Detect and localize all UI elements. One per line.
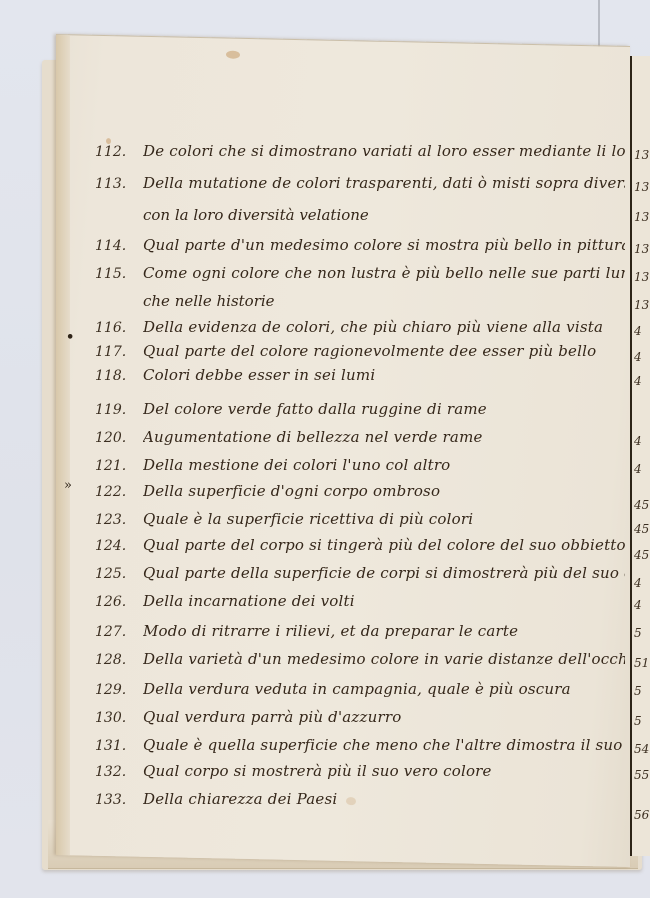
index-entry: 117. Qual parte del colore ragionevolmen… <box>95 342 625 368</box>
margin-dot-mark: • <box>66 330 74 345</box>
entry-number: 126. <box>95 594 143 610</box>
entry-text: Qual parte del corpo si tingerà più del … <box>143 536 625 554</box>
entry-number: 114. <box>95 238 143 254</box>
page-reference: 13 <box>634 148 649 162</box>
page-reference: 4 <box>634 434 642 448</box>
page-reference: 5 <box>634 626 642 640</box>
entry-text: Del colore verde fatto dalla ruggine di … <box>143 400 487 418</box>
entry-text: Quale è quella superficie che meno che l… <box>143 736 625 754</box>
entry-number: 133. <box>95 792 143 808</box>
index-entry: 118. Colori debbe esser in sei lumi <box>95 366 625 392</box>
entry-text: Qual corpo si mostrerà più il suo vero c… <box>143 762 492 780</box>
entry-number: 120. <box>95 430 143 446</box>
entry-number: 130. <box>95 710 143 726</box>
entry-text: Modo di ritrarre i rilievi, et da prepar… <box>143 622 518 640</box>
entry-text: Quale è la superficie ricettiva di più c… <box>143 510 473 528</box>
entry-text: Qual verdura parrà più d'azzurro <box>143 708 401 726</box>
entry-number: 124. <box>95 538 143 554</box>
entry-number: 122. <box>95 484 143 500</box>
index-entry: 132. Qual corpo si mostrerà più il suo v… <box>95 762 625 788</box>
margin-chevron-mark: » <box>64 478 72 493</box>
entry-text: Della varietà d'un medesimo colore in va… <box>143 650 625 668</box>
index-entry: 119. Del colore verde fatto dalla ruggin… <box>95 400 625 426</box>
entry-text: Della evidenza de colori, che più chiaro… <box>143 318 603 336</box>
page-reference: 13 <box>634 298 649 312</box>
entry-text: Augumentatione di bellezza nel verde ram… <box>143 428 483 446</box>
page-reference: 51 <box>634 656 649 670</box>
index-entry: 113. Della mutatione de colori trasparen… <box>95 174 625 200</box>
entry-text: Qual parte della superficie de corpi si … <box>143 564 625 582</box>
entry-text: Della verdura veduta in campagnia, quale… <box>143 680 571 698</box>
index-entry: 122. Della superficie d'ogni corpo ombro… <box>95 482 625 508</box>
entry-number: 118. <box>95 368 143 384</box>
index-entry: 126. Della incarnatione dei volti <box>95 592 625 618</box>
entry-number: 121. <box>95 458 143 474</box>
entry-continuation: con la loro diversità velatione <box>143 206 369 230</box>
page-reference: 13 <box>634 270 649 284</box>
entry-number: 119. <box>95 402 143 418</box>
index-entry: 130. Qual verdura parrà più d'azzurro <box>95 708 625 734</box>
entry-text: Colori debbe esser in sei lumi <box>143 366 375 384</box>
page-reference: 45 <box>634 498 649 512</box>
index-entry: 120. Augumentatione di bellezza nel verd… <box>95 428 625 454</box>
page-reference: 4 <box>634 462 642 476</box>
index-entry: 121. Della mestione dei colori l'uno col… <box>95 456 625 482</box>
entry-text: De colori che si dimostrano variati al l… <box>143 142 625 160</box>
entry-number: 112. <box>95 144 143 160</box>
entry-number: 125. <box>95 566 143 582</box>
page-reference: 4 <box>634 324 642 338</box>
entry-number: 127. <box>95 624 143 640</box>
index-entry: 124. Qual parte del corpo si tingerà più… <box>95 536 625 562</box>
page-reference: 45 <box>634 548 649 562</box>
index-entry: 129. Della verdura veduta in campagnia, … <box>95 680 625 706</box>
entry-continuation: che nelle historie <box>143 292 275 316</box>
page-reference: 54 <box>634 742 649 756</box>
entry-text: Qual parte del colore ragionevolmente de… <box>143 342 596 360</box>
entry-number: 117. <box>95 344 143 360</box>
index-entry: 127. Modo di ritrarre i rilievi, et da p… <box>95 622 625 648</box>
entry-text: Come ogni colore che non lustra è più be… <box>143 264 625 282</box>
page-reference: 45 <box>634 522 649 536</box>
index-entry: 114. Qual parte d'un medesimo colore si … <box>95 236 625 262</box>
page-reference: 5 <box>634 684 642 698</box>
entry-text: Della mestione dei colori l'uno col altr… <box>143 456 450 474</box>
entry-number: 116. <box>95 320 143 336</box>
page-reference: 13 <box>634 180 649 194</box>
entry-text: Della superficie d'ogni corpo ombroso <box>143 482 440 500</box>
page-reference: 4 <box>634 598 642 612</box>
index-entry: 123. Quale è la superficie ricettiva di … <box>95 510 625 536</box>
index-entry: 116. Della evidenza de colori, che più c… <box>95 318 625 344</box>
entry-text: Della chiarezza dei Paesi <box>143 790 337 808</box>
page-reference: 4 <box>634 350 642 364</box>
entry-number: 131. <box>95 738 143 754</box>
entry-text: Qual parte d'un medesimo colore si mostr… <box>143 236 625 254</box>
entry-number: 132. <box>95 764 143 780</box>
index-entry: 112. De colori che si dimostrano variati… <box>95 142 625 168</box>
entry-text: Della mutatione de colori trasparenti, d… <box>143 174 625 192</box>
page-reference: 4 <box>634 374 642 388</box>
page-reference: 13 <box>634 242 649 256</box>
entry-number: 113. <box>95 176 143 192</box>
entry-text: Della incarnatione dei volti <box>143 592 355 610</box>
index-entry: 115. Come ogni colore che non lustra è p… <box>95 264 625 290</box>
entry-number: 123. <box>95 512 143 528</box>
index-entry: 128. Della varietà d'un medesimo colore … <box>95 650 625 676</box>
entry-number: 129. <box>95 682 143 698</box>
entry-number: 115. <box>95 266 143 282</box>
page-reference: 56 <box>634 808 649 822</box>
index-entries: • » 112. De colori che si dimostrano var… <box>0 0 650 898</box>
page-reference: 5 <box>634 714 642 728</box>
index-entry: 125. Qual parte della superficie de corp… <box>95 564 625 590</box>
index-entry: 133. Della chiarezza dei Paesi <box>95 790 625 816</box>
entry-number: 128. <box>95 652 143 668</box>
index-entry: 131. Quale è quella superficie che meno … <box>95 736 625 762</box>
page-reference: 55 <box>634 768 649 782</box>
page-reference: 4 <box>634 576 642 590</box>
page-reference: 13 <box>634 210 649 224</box>
